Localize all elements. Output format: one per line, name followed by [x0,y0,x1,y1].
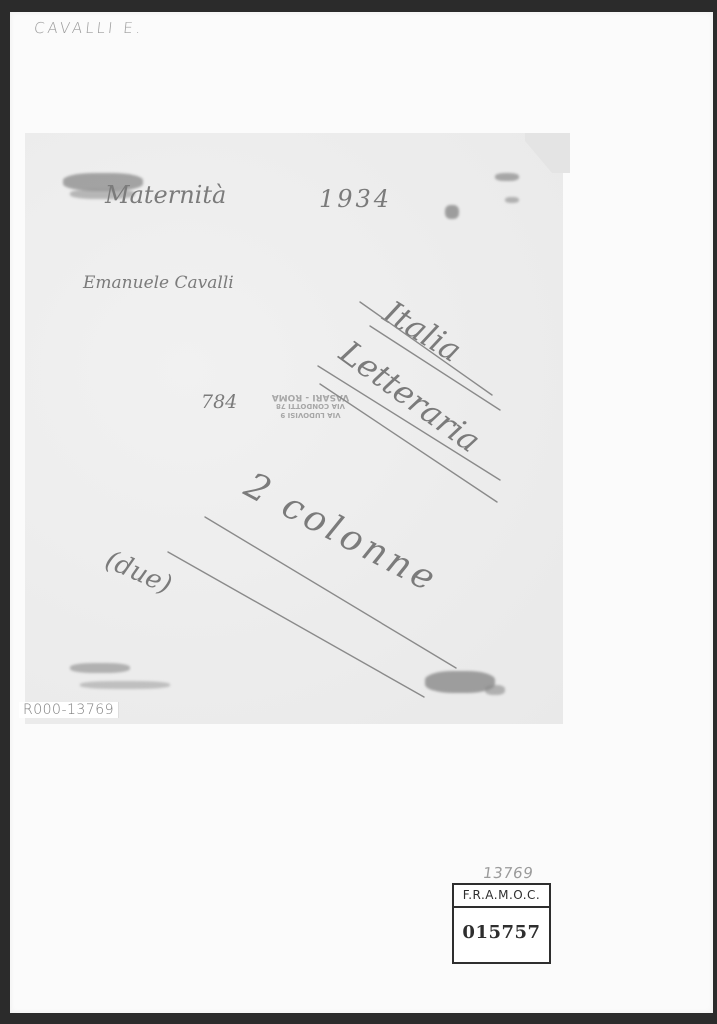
archive-number-handwritten: 13769 [482,864,535,882]
pencil-underlines [0,0,717,1024]
archive-stamp-label: F.R.A.M.O.C. [454,885,549,908]
reference-id-label: R000-13769 [19,702,119,718]
archive-stamp: F.R.A.M.O.C. 015757 [452,883,551,964]
archive-stamp-number: 015757 [454,908,549,958]
